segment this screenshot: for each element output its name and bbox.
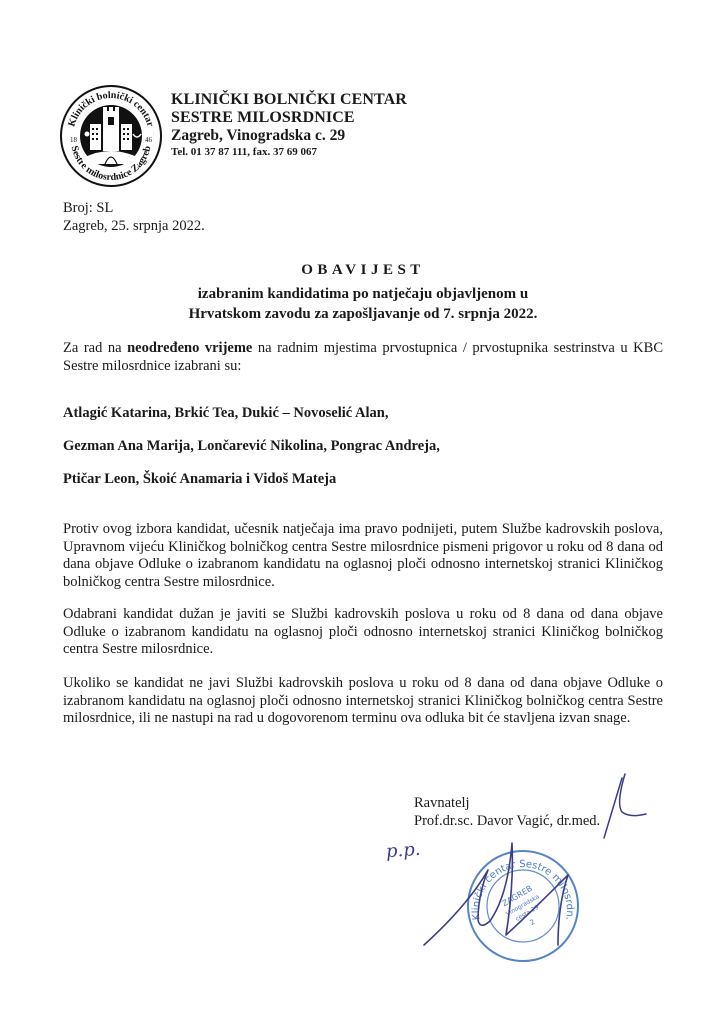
- document-page: Klinički bolnički centar Sestre milosrdn…: [0, 0, 726, 1024]
- document-title: OBAVIJEST: [0, 262, 726, 279]
- svg-text:46: 46: [145, 136, 153, 144]
- org-name-line1: KLINIČKI BOLNIČKI CENTAR: [171, 92, 407, 110]
- org-address: Zagreb, Vinogradska c. 29: [171, 128, 407, 146]
- hospital-crest-icon: Klinički bolnički centar Sestre milosrdn…: [59, 84, 163, 188]
- pp-signature-icon: [418, 835, 588, 955]
- svg-text:18: 18: [70, 136, 78, 144]
- document-reference: Broj: SL Zagreb, 25. srpnja 2022.: [63, 199, 205, 235]
- org-name-line2: SESTRE MILOSRDNICE: [171, 110, 407, 128]
- intro-paragraph: Za rad na neodređeno vrijeme na radnim m…: [63, 340, 663, 375]
- document-subtitle: izabranim kandidatima po natječaju objav…: [0, 285, 726, 324]
- subtitle-line2: Hrvatskom zavodu za zapošljavanje od 7. …: [0, 305, 726, 325]
- signatory-name: Prof.dr.sc. Davor Vagić, dr.med.: [414, 813, 600, 831]
- subtitle-line1: izabranim kandidatima po natječaju objav…: [0, 285, 726, 305]
- signature-block: Ravnatelj Prof.dr.sc. Davor Vagić, dr.me…: [414, 795, 600, 830]
- director-signature-icon: [600, 768, 650, 840]
- place-date: Zagreb, 25. srpnja 2022.: [63, 217, 205, 235]
- intro-emphasis: neodređeno vrijeme: [127, 340, 252, 356]
- revocation-paragraph: Ukoliko se kandidat ne javi Službi kadro…: [63, 675, 663, 728]
- org-phone: Tel. 01 37 87 111, fax. 37 69 067: [171, 147, 407, 158]
- organisation-header: KLINIČKI BOLNIČKI CENTAR SESTRE MILOSRDN…: [171, 92, 407, 158]
- intro-text-start: Za rad na: [63, 340, 127, 356]
- reporting-duty-paragraph: Odabrani kandidat dužan je javiti se Slu…: [63, 606, 663, 659]
- reference-number: Broj: SL: [63, 199, 205, 217]
- selected-candidates-list: Atlagić Katarina, Brkić Tea, Dukić – Nov…: [63, 405, 440, 504]
- pp-mark: p.p.: [385, 839, 421, 862]
- candidates-line: Atlagić Katarina, Brkić Tea, Dukić – Nov…: [63, 405, 440, 438]
- signatory-role: Ravnatelj: [414, 795, 600, 813]
- appeal-paragraph: Protiv ovog izbora kandidat, učesnik nat…: [63, 521, 663, 591]
- candidates-line: Gezman Ana Marija, Lončarević Nikolina, …: [63, 438, 440, 471]
- candidates-line: Ptičar Leon, Škoić Anamaria i Vidoš Mate…: [63, 471, 440, 504]
